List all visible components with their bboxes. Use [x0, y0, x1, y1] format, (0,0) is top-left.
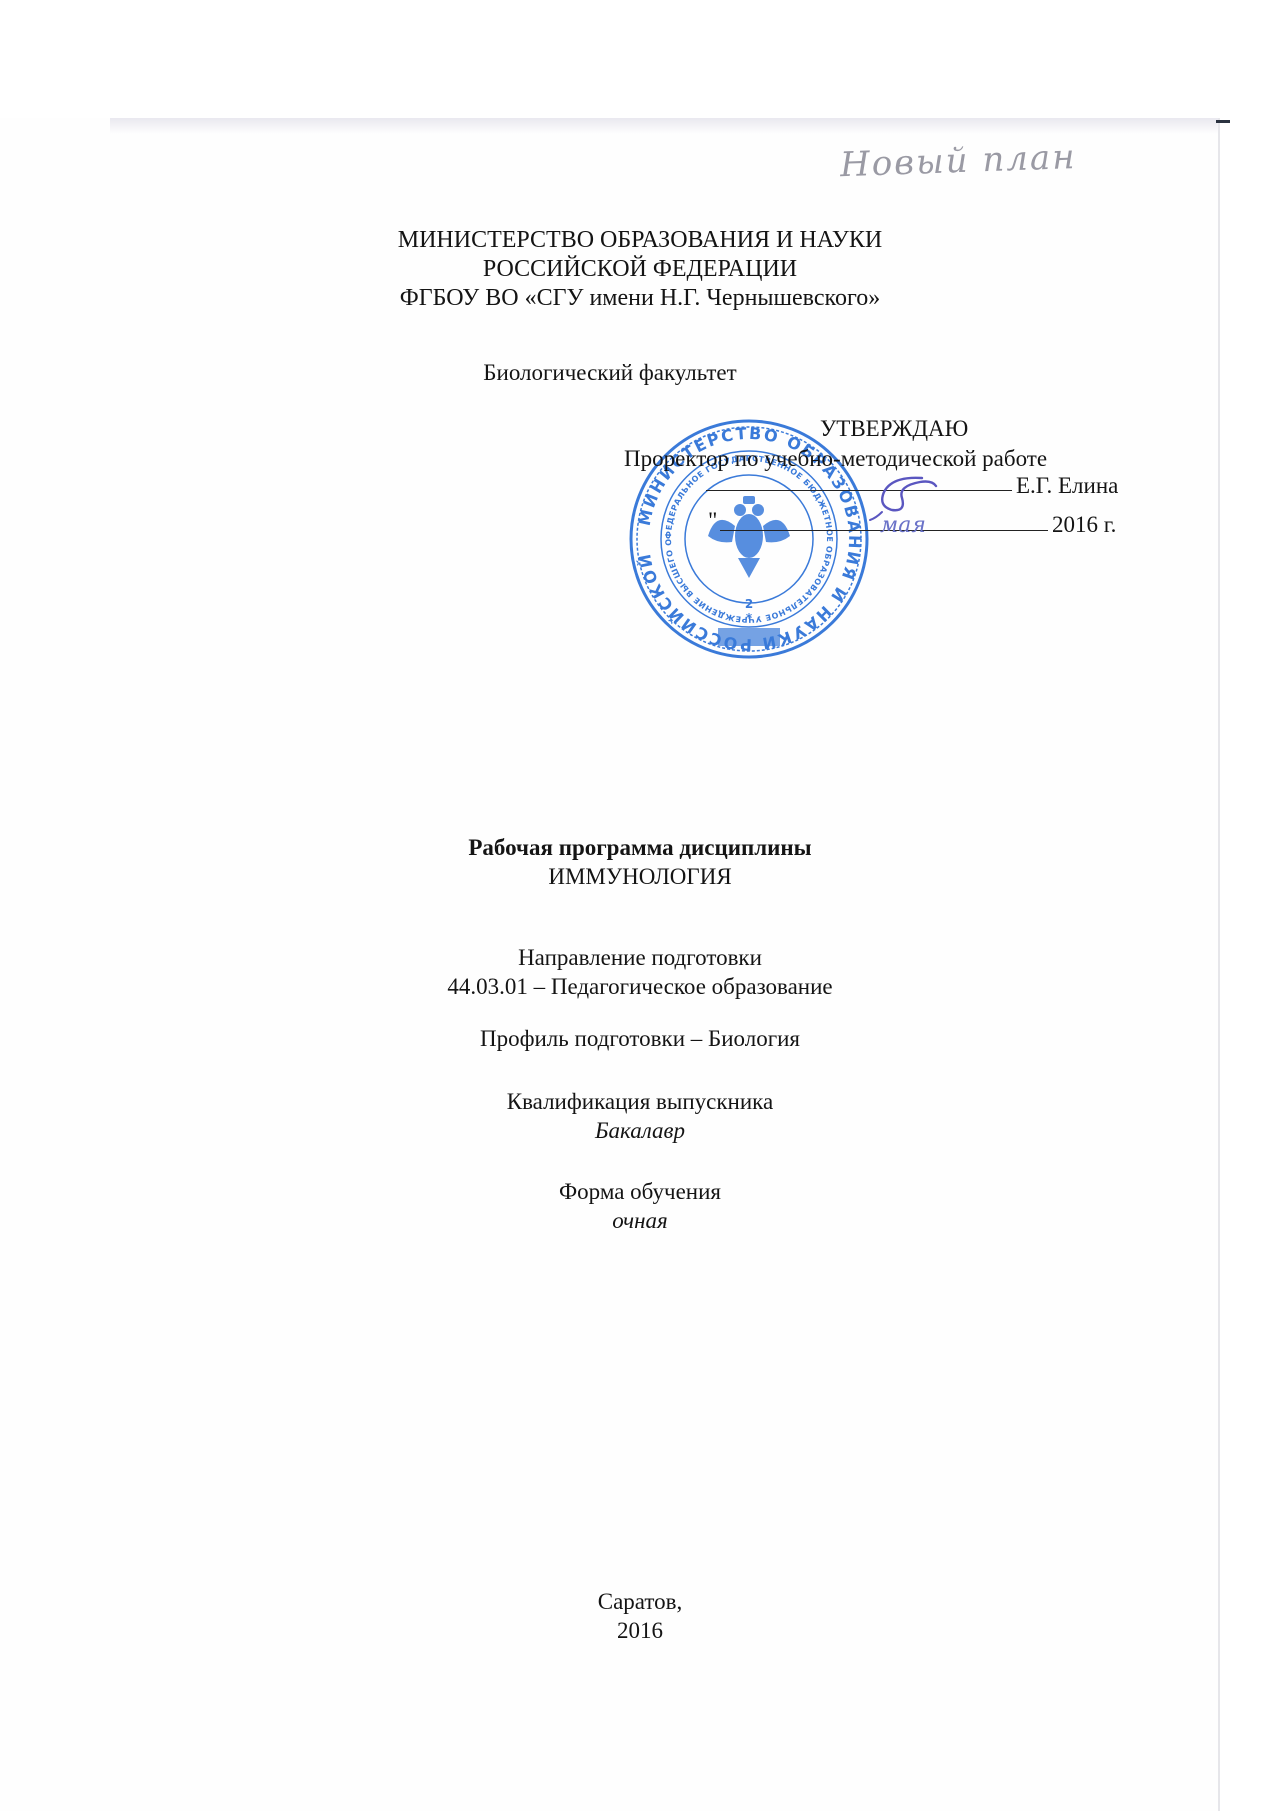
- footer-block: Саратов, 2016: [0, 1587, 1280, 1645]
- profile: Профиль подготовки – Биология: [0, 1024, 1280, 1053]
- approval-year: 2016 г.: [1052, 510, 1116, 540]
- handwritten-month: мая: [880, 513, 926, 538]
- study-form-value: очная: [0, 1206, 1280, 1235]
- ministry-header: МИНИСТЕРСТВО ОБРАЗОВАНИЯ И НАУКИ РОССИЙС…: [0, 226, 1280, 313]
- footer-year: 2016: [0, 1616, 1280, 1645]
- ministry-line-2: РОССИЙСКОЙ ФЕДЕРАЦИИ: [0, 255, 1280, 284]
- faculty-name: Биологический факультет: [0, 358, 1250, 387]
- direction-block: Направление подготовки 44.03.01 – Педаго…: [0, 943, 1280, 1001]
- signature-line: [706, 490, 1012, 491]
- study-form-label: Форма обучения: [0, 1177, 1280, 1206]
- approver-name: Е.Г. Елина: [1016, 471, 1118, 501]
- scan-edge-shadow: [110, 118, 1218, 134]
- ministry-line-1: МИНИСТЕРСТВО ОБРАЗОВАНИЯ И НАУКИ: [0, 226, 1280, 255]
- qualification-block: Квалификация выпускника Бакалавр: [0, 1087, 1280, 1145]
- direction-value: 44.03.01 – Педагогическое образование: [0, 972, 1280, 1001]
- date-quote-mark: ": [708, 506, 717, 536]
- document-title-block: Рабочая программа дисциплины ИММУНОЛОГИЯ: [0, 833, 1280, 891]
- discipline-name: ИММУНОЛОГИЯ: [0, 862, 1280, 891]
- qualification-label: Квалификация выпускника: [0, 1087, 1280, 1116]
- scan-corner-mark: [1216, 120, 1230, 123]
- svg-text:2: 2: [745, 597, 753, 611]
- qualification-value: Бакалавр: [0, 1116, 1280, 1145]
- document-title: Рабочая программа дисциплины: [0, 833, 1280, 862]
- approval-title: УТВЕРЖДАЮ: [820, 414, 968, 444]
- direction-label: Направление подготовки: [0, 943, 1280, 972]
- svg-text:*: *: [746, 611, 753, 625]
- city: Саратов,: [0, 1587, 1280, 1616]
- approver-position: Проректор по учебно-методической работе: [624, 444, 1047, 474]
- university-name: ФГБОУ ВО «СГУ имени Н.Г. Чернышевского»: [0, 284, 1280, 313]
- study-form-block: Форма обучения очная: [0, 1177, 1280, 1235]
